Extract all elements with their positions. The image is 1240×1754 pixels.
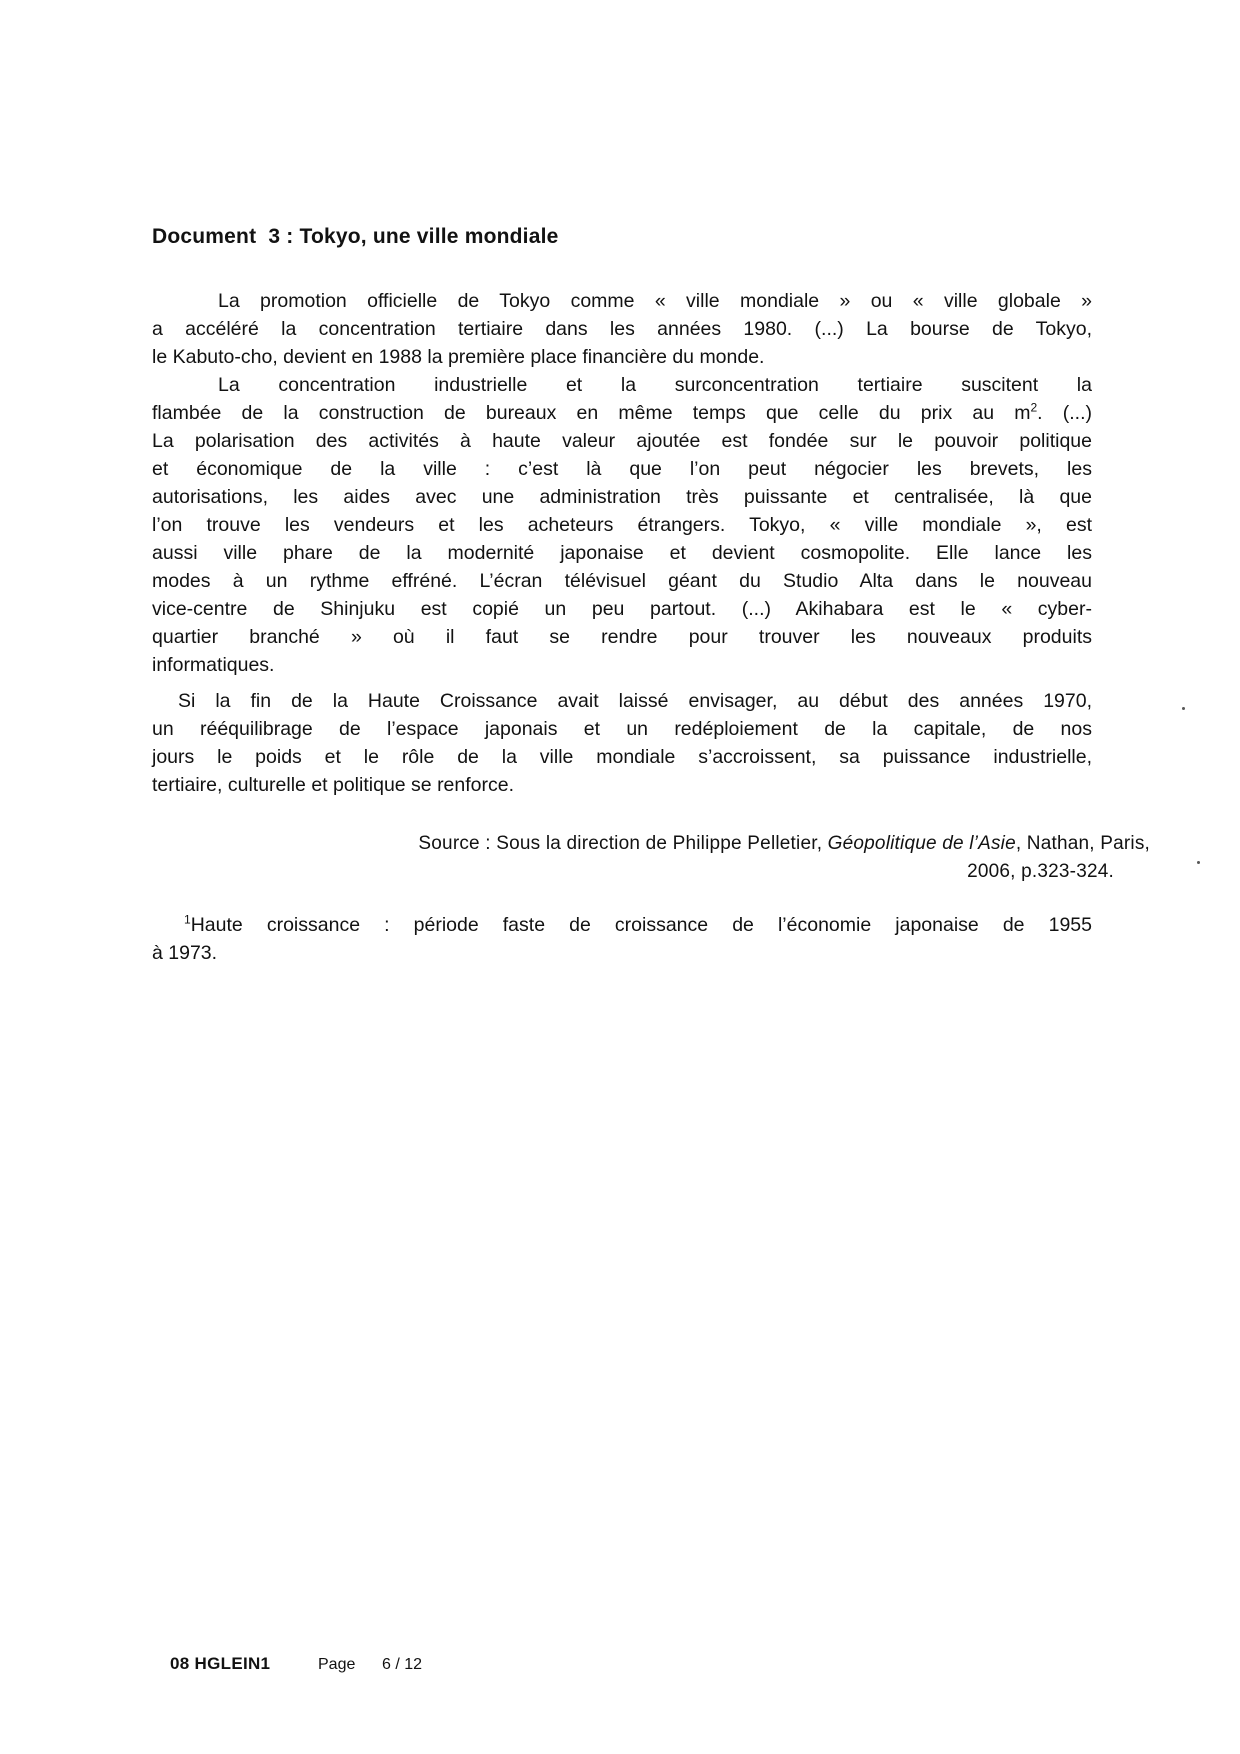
source-suffix: , Nathan, Paris, [1016, 833, 1150, 854]
document-title: Document 3 : Tokyo, une ville mondiale [152, 224, 1092, 250]
text-line-with-superscript: flambée de la construction de bureaux en… [152, 399, 1092, 427]
scan-artifact-dot [1197, 861, 1200, 864]
document-page: Document 3 : Tokyo, une ville mondiale L… [0, 0, 1240, 1754]
footnote-marker: 1 [184, 913, 191, 927]
text-line: Si la fin de la Haute Croissance avait l… [152, 687, 1092, 715]
text-line: informatiques. [152, 651, 1092, 679]
document-content: Document 3 : Tokyo, une ville mondiale L… [152, 224, 1092, 967]
paragraph-3: Si la fin de la Haute Croissance avait l… [152, 687, 1092, 799]
text-segment: flambée de la construction de bureaux en… [152, 402, 1030, 424]
text-line: quartier branché » où il faut se rendre … [152, 623, 1092, 651]
text-line: aussi ville phare de la modernité japona… [152, 539, 1092, 567]
page-label: Page [318, 1656, 355, 1674]
text-segment: . (...) [1037, 402, 1092, 424]
text-line: et économique de la ville : c’est là que… [152, 455, 1092, 483]
text-line: La promotion officielle de Tokyo comme «… [152, 287, 1092, 315]
source-prefix: Source : Sous la direction de Philippe P… [418, 833, 827, 854]
text-line: modes à un rythme effréné. L’écran télév… [152, 567, 1092, 595]
scan-artifact-dot [1182, 707, 1185, 710]
page-number: 6 / 12 [382, 1656, 422, 1674]
text-line: tertiaire, culturelle et politique se re… [152, 771, 1092, 799]
text-line: le Kabuto-cho, devient en 1988 la premiè… [152, 343, 1092, 371]
text-line: l’on trouve les vendeurs et les acheteur… [152, 511, 1092, 539]
source-line-1: Source : Sous la direction de Philippe P… [152, 830, 1150, 858]
text-line: autorisations, les aides avec une admini… [152, 483, 1092, 511]
paragraph-1: La promotion officielle de Tokyo comme «… [152, 287, 1092, 371]
source-line-2: 2006, p.323-324. [152, 858, 1150, 886]
page-footer: 08 HGLEIN1 Page 6 / 12 [0, 1654, 1240, 1684]
footnote-text: Haute croissance : période faste de croi… [191, 914, 1092, 936]
source-book-title: Géopolitique de l’Asie [828, 833, 1016, 854]
paragraph-2: La concentration industrielle et la surc… [152, 371, 1092, 679]
footnote-line-1: 1Haute croissance : période faste de cro… [152, 911, 1092, 939]
text-line: vice-centre de Shinjuku est copié un peu… [152, 595, 1092, 623]
footnote: 1Haute croissance : période faste de cro… [152, 911, 1092, 967]
text-line: a accéléré la concentration tertiaire da… [152, 315, 1092, 343]
text-line: jours le poids et le rôle de la ville mo… [152, 743, 1092, 771]
text-line: La polarisation des activités à haute va… [152, 427, 1092, 455]
text-line: un rééquilibrage de l’espace japonais et… [152, 715, 1092, 743]
footnote-line-2: à 1973. [152, 939, 1092, 967]
text-line: La concentration industrielle et la surc… [152, 371, 1092, 399]
source-citation: Source : Sous la direction de Philippe P… [152, 830, 1150, 886]
document-code: 08 HGLEIN1 [170, 1654, 270, 1674]
